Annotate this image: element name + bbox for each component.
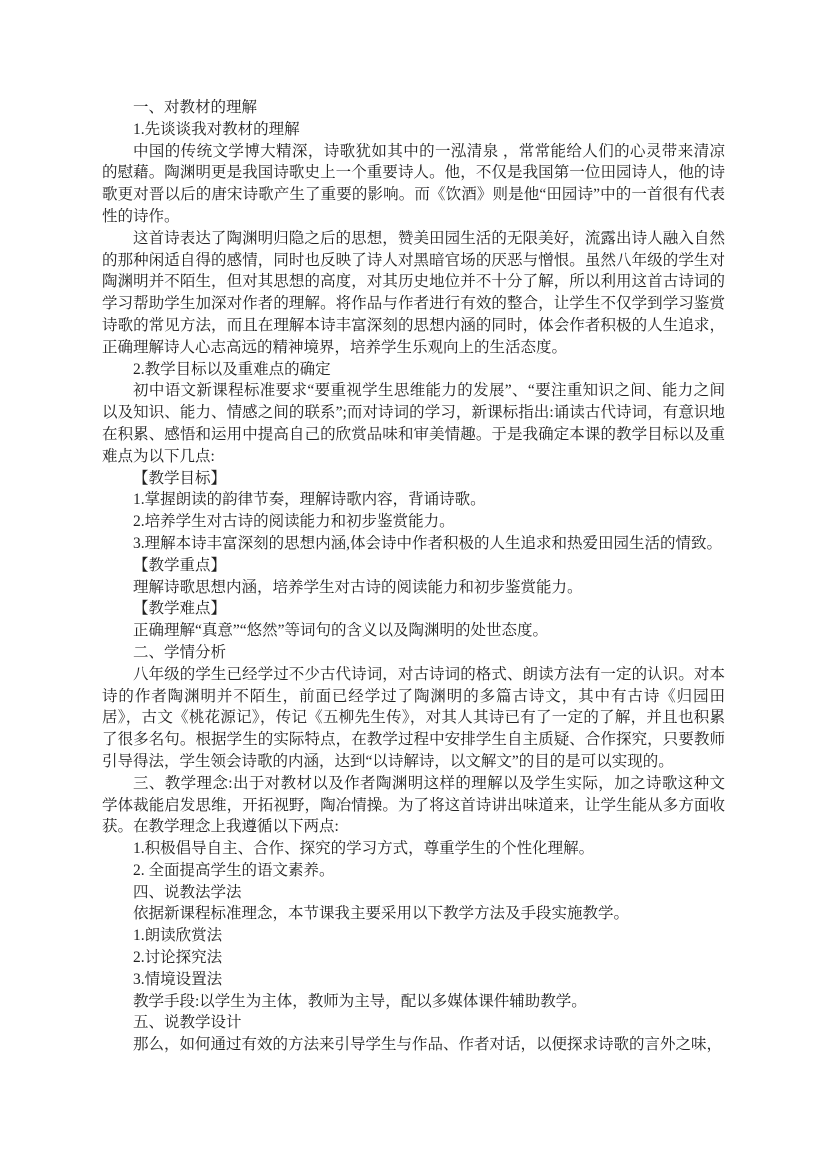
document-page: 一、对教材的理解 1.先谈谈我对教材的理解 中国的传统文学博大精深，诗歌犹如其中… bbox=[0, 0, 827, 1169]
list-item-method-3: 3.情境设置法 bbox=[102, 969, 725, 991]
list-item-principle-1: 1.积极倡导自主、合作、探究的学习方式，尊重学生的个性化理解。 bbox=[102, 838, 725, 860]
list-item-goal-2: 2.培养学生对古诗的阅读能力和初步鉴赏能力。 bbox=[102, 511, 725, 533]
paragraph: 依据新课程标准理念，本节课我主要采用以下教学方法及手段实施教学。 bbox=[102, 903, 725, 925]
label-teaching-goals: 【教学目标】 bbox=[102, 468, 725, 490]
paragraph: 正确理解“真意”“悠然”等词句的含义以及陶渊明的处世态度。 bbox=[102, 620, 725, 642]
subheading-1-1: 1.先谈谈我对教材的理解 bbox=[102, 119, 725, 141]
label-teaching-focus: 【教学重点】 bbox=[102, 555, 725, 577]
paragraph: 那么，如何通过有效的方法来引导学生与作品、作者对话，以便探求诗歌的言外之味， bbox=[102, 1034, 725, 1056]
paragraph: 八年级的学生已经学过不少古代诗词，对古诗词的格式、朗读方法有一定的认识。对本诗的… bbox=[102, 664, 725, 773]
paragraph: 这首诗表达了陶渊明归隐之后的思想，赞美田园生活的无限美好，流露出诗人融入自然的那… bbox=[102, 228, 725, 359]
paragraph: 教学手段:以学生为主体，教师为主导，配以多媒体课件辅助教学。 bbox=[102, 991, 725, 1013]
label-teaching-difficulty: 【教学难点】 bbox=[102, 598, 725, 620]
list-item-goal-3: 3.理解本诗丰富深刻的思想内涵,体会诗中作者积极的人生追求和热爱田园生活的情致。 bbox=[102, 533, 725, 555]
list-item-principle-2: 2. 全面提高学生的语文素养。 bbox=[102, 860, 725, 882]
list-item-method-2: 2.讨论探究法 bbox=[102, 947, 725, 969]
paragraph: 理解诗歌思想内涵，培养学生对古诗的阅读能力和初步鉴赏能力。 bbox=[102, 577, 725, 599]
section-heading-5: 五、说教学设计 bbox=[102, 1012, 725, 1034]
section-heading-4: 四、说教法学法 bbox=[102, 882, 725, 904]
paragraph: 中国的传统文学博大精深，诗歌犹如其中的一泓清泉 ，常常能给人们的心灵带来清凉的慰… bbox=[102, 141, 725, 228]
list-item-goal-1: 1.掌握朗读的韵律节奏，理解诗歌内容，背诵诗歌。 bbox=[102, 489, 725, 511]
section-heading-2: 二、学情分析 bbox=[102, 642, 725, 664]
section-heading-1: 一、对教材的理解 bbox=[102, 97, 725, 119]
subheading-1-2: 2.教学目标以及重难点的确定 bbox=[102, 359, 725, 381]
section-heading-3: 三、教学理念:出于对教材以及作者陶渊明这样的理解以及学生实际，加之诗歌这种文学体… bbox=[102, 773, 725, 838]
list-item-method-1: 1.朗读欣赏法 bbox=[102, 925, 725, 947]
paragraph: 初中语文新课程标准要求“要重视学生思维能力的发展”、“要注重知识之间、能力之间以… bbox=[102, 380, 725, 467]
